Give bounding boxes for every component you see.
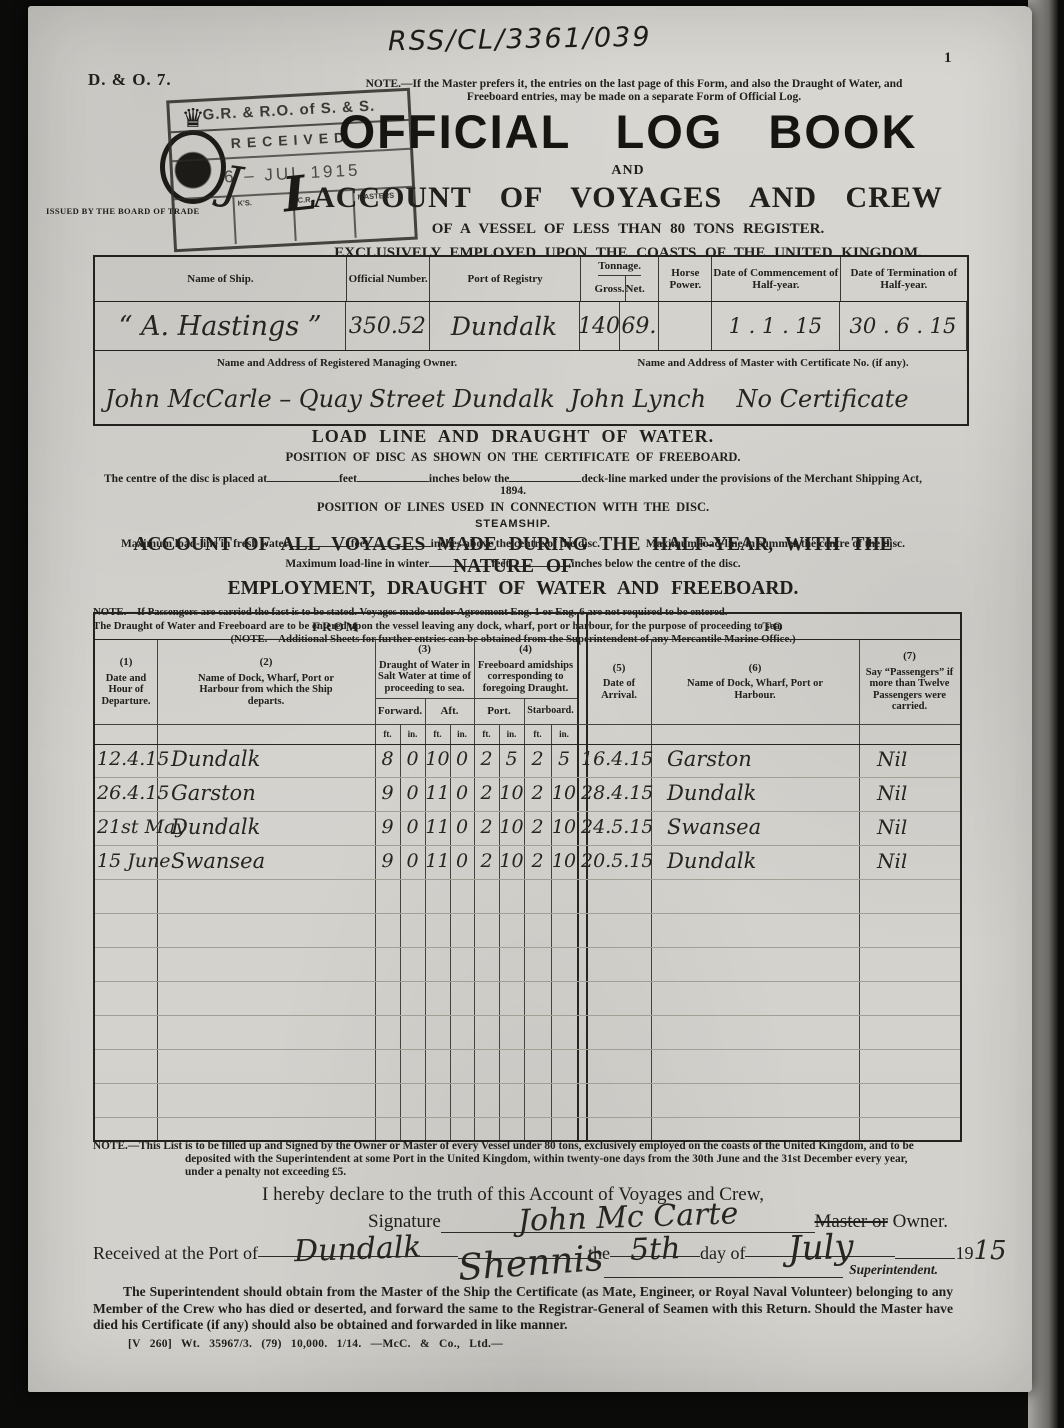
master-value: John Lynch No Certificate <box>570 385 909 413</box>
ft-label: ft. <box>375 724 400 744</box>
steamship-label: STEAMSHIP. <box>93 518 933 530</box>
net-tonnage-value: 69. <box>620 302 660 350</box>
col5-num: (5) <box>613 663 626 675</box>
voyage-table-body: 12.4.15 Dundalk 8 0 10 0 2 5 2 5 16.4.15… <box>95 744 960 1151</box>
termination-value: 30 . 6 . 15 <box>840 302 967 350</box>
cell-from-port: Dundalk <box>157 812 375 845</box>
empty-row <box>95 914 960 948</box>
col-termination: Date of Termination of Half-year. <box>841 257 967 301</box>
empty-row <box>95 948 960 982</box>
cell-departure-date: 12.4.15 <box>95 744 157 777</box>
owner-master-header-row: Name and Address of Registered Managing … <box>95 350 967 374</box>
ship-particulars-table: Name of Ship. Official Number. Port of R… <box>93 255 969 426</box>
in-label: in. <box>499 724 524 744</box>
empty-row <box>95 880 960 914</box>
year-printed: 19 <box>955 1243 973 1263</box>
cell-fwd-in: 0 <box>400 744 425 777</box>
superintendent-line <box>604 1257 844 1278</box>
owner-master-value-row: John McCarle – Quay Street Dundalk John … <box>95 374 967 424</box>
account-heading-line2: EMPLOYMENT, DRAUGHT OF WATER AND FREEBOA… <box>93 578 933 600</box>
in-label: in. <box>400 724 425 744</box>
owner-label: Owner. <box>893 1211 948 1233</box>
tonnage-net-label: Net. <box>626 276 645 301</box>
cell-arrival-date: 20.5.15 <box>581 846 645 879</box>
position-of-disc-heading: POSITION OF DISC AS SHOWN ON THE CERTIFI… <box>93 450 933 465</box>
title-conjunction: AND <box>278 163 978 179</box>
voyage-row: 21st May Dundalk 9 0 11 0 2 10 2 10 24.5… <box>95 812 960 846</box>
ship-name-value: “ A. Hastings ” <box>95 302 346 350</box>
print-code: [V 260] Wt. 35967/3. (79) 10,000. 1/14. … <box>128 1338 503 1350</box>
col4-label: Freeboard amidships corresponding to for… <box>474 660 577 695</box>
superintendent-label: Superintendent. <box>843 1262 938 1278</box>
title-block: OFFICIAL LOG BOOK AND ACCOUNT OF VOYAGES… <box>278 104 978 262</box>
empty-row <box>95 1084 960 1118</box>
cell-stbd-ft: 2 <box>524 744 551 777</box>
col-horse-power: Horse Power. <box>659 257 712 301</box>
col-official-number: Official Number. <box>347 257 431 301</box>
form-code: D. & O. 7. <box>88 70 172 90</box>
received-prefix: Received at the Port of <box>93 1243 258 1263</box>
col4-header: (4)Freeboard amidships corresponding to … <box>474 640 577 698</box>
cell-aft-in: 0 <box>450 778 474 811</box>
scanner-edge <box>1028 0 1058 1428</box>
cell-port-ft: 2 <box>474 744 499 777</box>
cell-fwd-in: 0 <box>400 846 425 879</box>
cell-stbd-in: 10 <box>551 778 577 811</box>
cell-stbd-ft: 2 <box>524 812 551 845</box>
cell-aft-ft: 10 <box>425 744 450 777</box>
cell-port-ft: 2 <box>474 778 499 811</box>
blank-field <box>357 468 429 482</box>
cell-fwd-in: 0 <box>400 778 425 811</box>
cell-port-ft: 2 <box>474 846 499 879</box>
cell-to-port: Swansea <box>645 812 853 845</box>
col4-num: (4) <box>519 644 532 656</box>
port-subheader: Port. <box>474 698 524 724</box>
to-band: TO <box>587 614 960 640</box>
owner-header: Name and Address of Registered Managing … <box>95 351 579 374</box>
horse-power-value <box>659 302 712 350</box>
cell-aft-ft: 11 <box>425 778 450 811</box>
account-heading-line1: ACCOUNT OF ALL VOYAGES MADE DURING THE H… <box>93 534 933 578</box>
document-page: RSS/CL/3361/039 1 D. & O. 7. NOTE.—If th… <box>28 6 1032 1392</box>
empty-row <box>95 1050 960 1084</box>
cell-arrival-date: 24.5.15 <box>581 812 645 845</box>
owner-value: John McCarle – Quay Street Dundalk <box>95 385 570 413</box>
ship-table-header-row: Name of Ship. Official Number. Port of R… <box>95 257 967 301</box>
col1-num: (1) <box>120 657 133 669</box>
col7-header: (7)Say “Passengers” if more than Twelve … <box>859 640 960 724</box>
col5-label: Date of Arrival. <box>587 678 651 701</box>
col-commencement: Date of Commencement of Half-year. <box>712 257 840 301</box>
superintendent-signature: Shennis <box>457 1245 604 1283</box>
cell-aft-ft: 11 <box>425 812 450 845</box>
cell-aft-in: 0 <box>450 812 474 845</box>
col3-header: (3)Draught of Water in Salt Water at tim… <box>375 640 474 698</box>
voyage-table: FROM TO (1)Date and Hour of Departure. (… <box>93 612 962 1142</box>
feet-label: feet <box>339 473 357 485</box>
col-name-of-ship: Name of Ship. <box>95 257 347 301</box>
cell-port-in: 10 <box>499 812 524 845</box>
header-note-line2: Freeboard entries, may be made on a sepa… <box>326 91 942 104</box>
cell-stbd-in: 5 <box>551 744 577 777</box>
empty-row <box>95 982 960 1016</box>
signature-value: John Mc Carte <box>517 1204 738 1232</box>
cell-aft-in: 0 <box>450 744 474 777</box>
cell-departure-date: 26.4.15 <box>95 778 157 811</box>
col-port-of-registry: Port of Registry <box>430 257 580 301</box>
centre-prefix: The centre of the disc is placed at <box>104 473 267 485</box>
cell-passengers: Nil <box>853 846 954 879</box>
cell-from-port: Garston <box>157 778 375 811</box>
cell-departure-date: 15 June <box>95 846 157 879</box>
ft-label: ft. <box>524 724 551 744</box>
col6-header: (6)Name of Dock, Wharf, Port or Harbour. <box>651 640 859 724</box>
title-secondary: ACCOUNT OF VOYAGES AND CREW <box>278 181 978 215</box>
cell-from-port: Dundalk <box>157 744 375 777</box>
col6-label: Name of Dock, Wharf, Port or Harbour. <box>675 678 835 701</box>
position-of-lines-heading: POSITION OF LINES USED IN CONNECTION WIT… <box>93 500 933 515</box>
page-title: OFFICIAL LOG BOOK <box>278 104 978 159</box>
signature-line: John Mc Carte <box>441 1208 815 1233</box>
aft-subheader: Aft. <box>425 698 474 724</box>
blank-field <box>509 468 581 482</box>
voyage-row: 15 June Swansea 9 0 11 0 2 10 2 10 20.5.… <box>95 846 960 880</box>
col2-header: (2)Name of Dock, Wharf, Port or Harbour … <box>157 640 375 724</box>
gross-tonnage-value: 140 <box>580 302 620 350</box>
header-note-line1: NOTE.—If the Master prefers it, the entr… <box>326 78 942 91</box>
ft-label: ft. <box>474 724 499 744</box>
cell-port-ft: 2 <box>474 812 499 845</box>
commencement-value: 1 . 1 . 15 <box>712 302 840 350</box>
cell-port-in: 10 <box>499 778 524 811</box>
cell-arrival-date: 16.4.15 <box>581 744 645 777</box>
cell-port-in: 10 <box>499 846 524 879</box>
tonnage-gross-label: Gross. <box>594 276 625 301</box>
col2-num: (2) <box>260 657 273 669</box>
cell-to-port: Dundalk <box>645 778 853 811</box>
col2-label: Name of Dock, Wharf, Port or Harbour fro… <box>181 673 351 708</box>
cell-fwd-ft: 9 <box>375 778 400 811</box>
in-label: in. <box>450 724 474 744</box>
cell-passengers: Nil <box>853 812 954 845</box>
cell-fwd-in: 0 <box>400 812 425 845</box>
cell-stbd-in: 10 <box>551 846 577 879</box>
official-number-value: 350.52 <box>346 302 429 350</box>
signature-row: Signature John Mc Carte Master or Owner. <box>368 1208 948 1233</box>
col1-label: Date and Hour of Departure. <box>95 673 157 708</box>
col6-num: (6) <box>749 663 762 675</box>
from-band: FROM <box>95 614 577 640</box>
cell-stbd-ft: 2 <box>524 778 551 811</box>
load-line-heading: LOAD LINE AND DRAUGHT OF WATER. <box>93 426 933 447</box>
cell-to-port: Garston <box>645 744 853 777</box>
cell-fwd-ft: 9 <box>375 812 400 845</box>
master-header: Name and Address of Master with Certific… <box>579 351 967 374</box>
voyage-row: 26.4.15 Garston 9 0 11 0 2 10 2 10 28.4.… <box>95 778 960 812</box>
cell-arrival-date: 28.4.15 <box>581 778 645 811</box>
cell-aft-ft: 11 <box>425 846 450 879</box>
header-note: NOTE.—If the Master prefers it, the entr… <box>326 78 942 104</box>
reference-number: RSS/CL/3361/039 <box>388 22 652 58</box>
cell-fwd-ft: 9 <box>375 846 400 879</box>
col7-label: Say “Passengers” if more than Twelve Pas… <box>859 667 960 713</box>
superintendent-row: Shennis Superintendent. <box>458 1250 938 1278</box>
col3-label: Draught of Water in Salt Water at time o… <box>375 660 474 695</box>
cell-passengers: Nil <box>853 744 954 777</box>
col1-header: (1)Date and Hour of Departure. <box>95 640 157 724</box>
col7-num: (7) <box>903 651 916 663</box>
cell-fwd-ft: 8 <box>375 744 400 777</box>
title-tagline1: OF A VESSEL OF LESS THAN 80 TONS REGISTE… <box>278 221 978 238</box>
list-note: NOTE.—This List is to be filled up and S… <box>93 1140 938 1179</box>
blank-field <box>267 468 339 482</box>
year-written: 15 <box>973 1236 1006 1266</box>
superintendent-note: The Superintendent should obtain from th… <box>93 1284 953 1334</box>
forward-subheader: Forward. <box>375 698 425 724</box>
cell-departure-date: 21st May <box>95 812 157 845</box>
cell-port-in: 5 <box>499 744 524 777</box>
col-tonnage: Tonnage. Gross. Net. <box>581 257 660 301</box>
port-of-registry-value: Dundalk <box>430 302 580 350</box>
cell-to-port: Dundalk <box>645 846 853 879</box>
tonnage-label: Tonnage. <box>598 257 641 276</box>
cell-stbd-in: 10 <box>551 812 577 845</box>
cell-passengers: Nil <box>853 778 954 811</box>
cell-from-port: Swansea <box>157 846 375 879</box>
declaration: I hereby declare to the truth of this Ac… <box>93 1184 933 1206</box>
ft-label: ft. <box>425 724 450 744</box>
cell-stbd-ft: 2 <box>524 846 551 879</box>
starboard-subheader: Starboard. <box>524 698 577 724</box>
cell-aft-in: 0 <box>450 846 474 879</box>
received-port-value: Dundalk <box>294 1244 422 1256</box>
voyage-row: 12.4.15 Dundalk 8 0 10 0 2 5 2 5 16.4.15… <box>95 744 960 778</box>
col5-header: (5)Date of Arrival. <box>587 640 651 724</box>
centre-mid: inches below the <box>429 473 510 485</box>
in-label: in. <box>551 724 577 744</box>
empty-row <box>95 1016 960 1050</box>
page-number: 1 <box>944 50 952 67</box>
col3-num: (3) <box>418 644 431 656</box>
ship-table-value-row: “ A. Hastings ” 350.52 Dundalk 140 69. 1… <box>95 301 967 350</box>
centre-of-disc-line: The centre of the disc is placed atfeeti… <box>93 468 933 497</box>
